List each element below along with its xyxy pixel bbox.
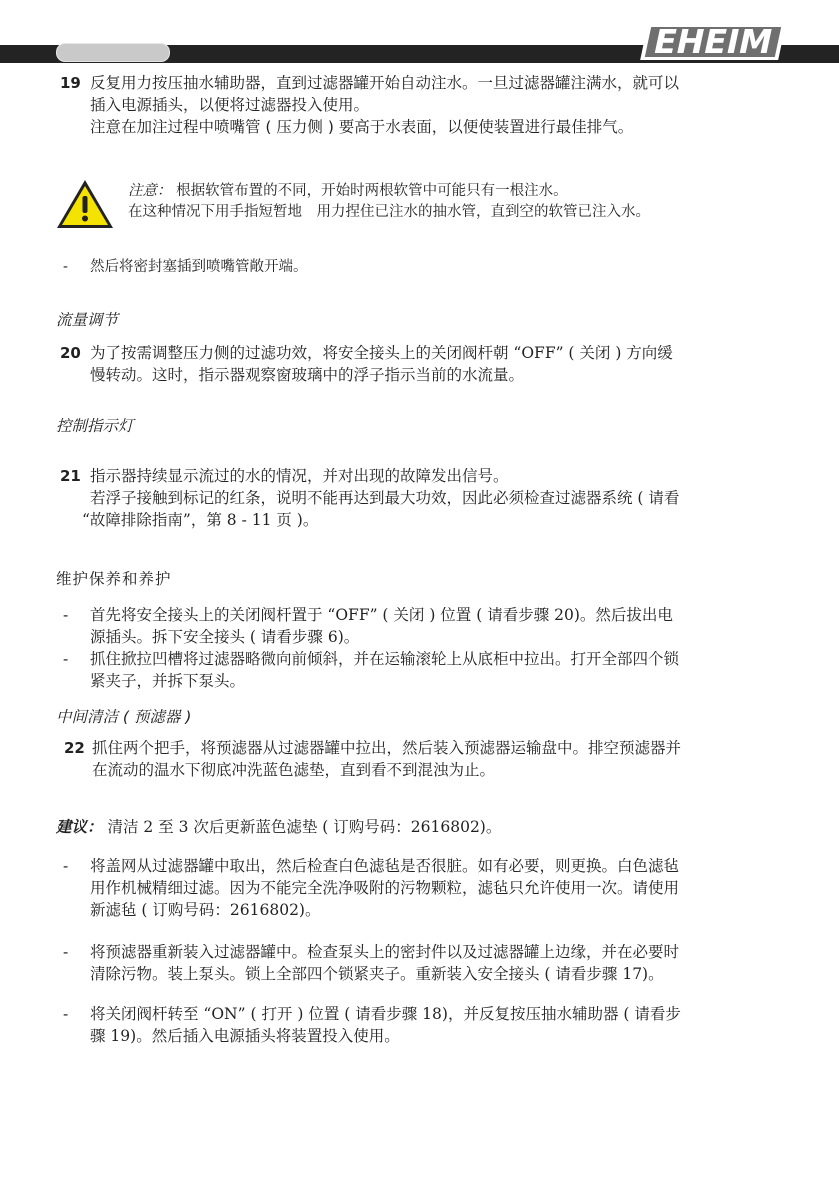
text-line: 源插头。拆下安全接头 ( 请看步骤 6)。 bbox=[90, 626, 780, 648]
bullet-text: 抓住掀拉凹槽将过滤器略微向前倾斜，并在运输滚轮上从底柜中拉出。打开全部四个锁 紧… bbox=[90, 648, 780, 692]
step-note: 注意在加注过程中喷嘴管 ( 压力侧 ) 要高于水表面，以便使装置进行最佳排气。 bbox=[90, 116, 780, 138]
text-line: 首先将安全接头上的关闭阀杆置于 “OFF” ( 关闭 ) 位置 ( 请看步骤 2… bbox=[90, 604, 780, 626]
text-line: 抓住掀拉凹槽将过滤器略微向前倾斜，并在运输滚轮上从底柜中拉出。打开全部四个锁 bbox=[90, 648, 780, 670]
bullet-dash: - bbox=[63, 648, 68, 670]
text-line: 反复用力按压抽水辅助器，直到过滤器罐开始自动注水。一旦过滤器罐注满水，就可以 bbox=[90, 72, 780, 94]
bullet-text: 首先将安全接头上的关闭阀杆置于 “OFF” ( 关闭 ) 位置 ( 请看步骤 2… bbox=[90, 604, 780, 648]
recommendation-label: 建议： bbox=[56, 818, 103, 836]
bullet-text: 将盖网从过滤器罐中取出，然后检查白色滤毡是否很脏。如有必要，则更换。白色滤毡 用… bbox=[90, 855, 780, 921]
text-line: 紧夹子，并拆下泵头。 bbox=[90, 670, 780, 692]
text-line: 慢转动。这时，指示器观察窗玻璃中的浮子指示当前的水流量。 bbox=[90, 364, 780, 386]
caution-line-2: 在这种情况下用手指短暂地 用力捏住已注水的抽水管，直到空的软管已注入水。 bbox=[128, 202, 650, 223]
brand-logo-text: EHEIM bbox=[640, 22, 786, 61]
step-text: 指示器持续显示流过的水的情况，并对出现的故障发出信号。 若浮子接触到标记的红条，… bbox=[90, 465, 780, 531]
caution-line-1: 注意： 根据软管布置的不同，开始时两根软管中可能只有一根注水。 bbox=[128, 181, 650, 202]
bullet-dash: - bbox=[63, 256, 68, 278]
step-number: 22 bbox=[64, 737, 85, 759]
text-line: 将盖网从过滤器罐中取出，然后检查白色滤毡是否很脏。如有必要，则更换。白色滤毡 bbox=[90, 855, 780, 877]
text-line: 新滤毡 ( 订购号码：2616802)。 bbox=[90, 899, 780, 921]
recommendation: 建议： 清洁 2 至 3 次后更新蓝色滤垫 ( 订购号码：2616802)。 bbox=[56, 816, 501, 838]
text-line: 为了按需调整压力侧的过滤功效，将安全接头上的关闭阀杆朝 “OFF” ( 关闭 )… bbox=[90, 342, 780, 364]
warning-triangle-icon bbox=[55, 178, 115, 230]
brand-logo: EHEIM bbox=[640, 24, 786, 60]
step-number: 19 bbox=[60, 72, 81, 94]
section-heading-prefilter: 中间清洁 ( 预滤器 ) bbox=[56, 705, 191, 727]
bullet-text: 然后将密封塞插到喷嘴管敞开端。 bbox=[90, 256, 780, 278]
step-text: 抓住两个把手，将预滤器从过滤器罐中拉出，然后装入预滤器运输盘中。排空预滤器并 在… bbox=[92, 737, 782, 781]
recommendation-text: 清洁 2 至 3 次后更新蓝色滤垫 ( 订购号码：2616802)。 bbox=[103, 818, 502, 836]
text-line: 指示器持续显示流过的水的情况，并对出现的故障发出信号。 bbox=[90, 465, 780, 487]
section-heading-indicator: 控制指示灯 bbox=[56, 414, 134, 436]
step-number: 20 bbox=[60, 342, 81, 364]
text-line: 插入电源插头，以便将过滤器投入使用。 bbox=[90, 94, 780, 116]
text-line: 若浮子接触到标记的红条，说明不能再达到最大功效，因此必须检查过滤器系统 ( 请看 bbox=[90, 487, 780, 509]
bullet-dash: - bbox=[63, 855, 68, 877]
text-line: 用作机械精细过滤。因为不能完全洗净吸附的污物颗粒，滤毡只允许使用一次。请使用 bbox=[90, 877, 780, 899]
bullet-dash: - bbox=[63, 1003, 68, 1025]
text-line: 在流动的温水下彻底冲洗蓝色滤垫，直到看不到混浊为止。 bbox=[92, 759, 782, 781]
caution-note: 注意： 根据软管布置的不同，开始时两根软管中可能只有一根注水。 在这种情况下用手… bbox=[128, 181, 650, 223]
step-text: 反复用力按压抽水辅助器，直到过滤器罐开始自动注水。一旦过滤器罐注满水，就可以 插… bbox=[90, 72, 780, 138]
step-number: 21 bbox=[60, 465, 81, 487]
text-line: 将关闭阀杆转至 “ON” ( 打开 ) 位置 ( 请看步骤 18)，并反复按压抽… bbox=[90, 1003, 780, 1025]
text-line: 骤 19)。然后插入电源插头将装置投入使用。 bbox=[90, 1025, 780, 1047]
bullet-dash: - bbox=[63, 941, 68, 963]
section-heading-flow: 流量调节 bbox=[56, 308, 118, 330]
bullet-dash: - bbox=[63, 604, 68, 626]
step-text: 为了按需调整压力侧的过滤功效，将安全接头上的关闭阀杆朝 “OFF” ( 关闭 )… bbox=[90, 342, 780, 386]
bullet-text: 将关闭阀杆转至 “ON” ( 打开 ) 位置 ( 请看步骤 18)，并反复按压抽… bbox=[90, 1003, 780, 1047]
header-tab-pill bbox=[56, 43, 170, 62]
bullet-text: 将预滤器重新装入过滤器罐中。检查泵头上的密封件以及过滤器罐上边缘，并在必要时 清… bbox=[90, 941, 780, 985]
text-line: 抓住两个把手，将预滤器从过滤器罐中拉出，然后装入预滤器运输盘中。排空预滤器并 bbox=[92, 737, 782, 759]
text-line: 将预滤器重新装入过滤器罐中。检查泵头上的密封件以及过滤器罐上边缘，并在必要时 bbox=[90, 941, 780, 963]
section-heading-maintenance: 维护保养和养护 bbox=[56, 567, 172, 589]
caution-text: 根据软管布置的不同，开始时两根软管中可能只有一根注水。 bbox=[172, 183, 568, 199]
text-line: 清除污物。装上泵头。锁上全部四个锁紧夹子。重新装入安全接头 ( 请看步骤 17)… bbox=[90, 963, 780, 985]
caution-label: 注意： bbox=[128, 183, 172, 199]
text-line: “故障排除指南”，第 8 - 11 页 )。 bbox=[82, 509, 780, 531]
